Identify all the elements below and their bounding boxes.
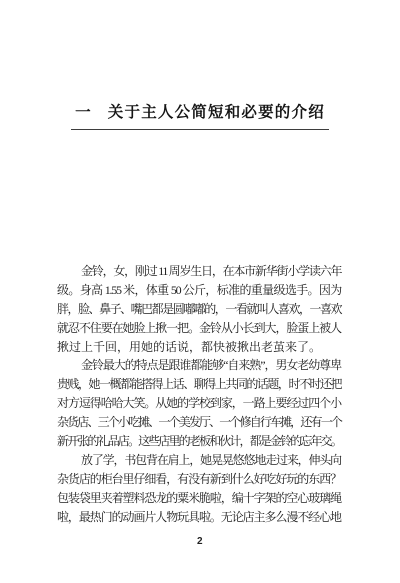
- text-line: 杂货店、三个小吃摊、一个美发厅、一个修自行车摊，还有一个: [57, 413, 341, 432]
- paragraph: 金铃，女，刚过 11 周岁生日，在本市新华街小学读六年级。身高 1.55 米，体…: [57, 262, 341, 356]
- text-line: 对方逗得哈哈大笑。从她的学校到家，一路上要经过四个小: [57, 394, 341, 413]
- chapter-number: 一: [75, 104, 92, 121]
- chapter-title-underline: 一关于主人公简短和必要的介绍: [71, 102, 329, 130]
- text-line: 包装袋里夹着塑料恐龙的粟米脆啦，编十字架的空心玻璃绳: [57, 489, 341, 508]
- text-line: 杂货店的柜台里仔细看，有没有新到什么好吃好玩的东西？: [57, 470, 341, 489]
- text-line: 放了学，书包背在肩上，她晃晃悠悠地走过来，伸头向: [57, 451, 341, 470]
- page-number: 2: [0, 536, 400, 548]
- chapter-title-text: 关于主人公简短和必要的介绍: [108, 104, 325, 121]
- body-text: 金铃，女，刚过 11 周岁生日，在本市新华街小学读六年级。身高 1.55 米，体…: [57, 262, 341, 526]
- text-line: 贵贱，她一概都能搭得上话、聊得上共同的话题，时不时还把: [57, 375, 341, 394]
- chapter-header: 一关于主人公简短和必要的介绍: [0, 102, 400, 130]
- text-line: 揪过上千回，用她的话说，都快被揪出老茧来了。: [57, 338, 341, 357]
- text-line: 胖，脸、鼻子、嘴巴都是圆嘟嘟的，一看就叫人喜欢，一喜欢: [57, 300, 341, 319]
- text-line: 就忍不住要在她脸上揪一把。金铃从小长到大，脸蛋上被人: [57, 319, 341, 338]
- paragraph: 放了学，书包背在肩上，她晃晃悠悠地走过来，伸头向杂货店的柜台里仔细看，有没有新到…: [57, 451, 341, 527]
- text-line: 新开张的礼品店。这些店里的老板和伙计，都是金铃的忘年交。: [57, 432, 341, 451]
- book-page: 一关于主人公简短和必要的介绍 金铃，女，刚过 11 周岁生日，在本市新华街小学读…: [0, 0, 400, 583]
- text-line: 金铃，女，刚过 11 周岁生日，在本市新华街小学读六年: [57, 262, 341, 281]
- text-line: 金铃最大的特点是跟谁都能够“自来熟”，男女老幼尊卑: [57, 356, 341, 375]
- text-line: 级。身高 1.55 米，体重 50 公斤，标准的重量级选手。因为: [57, 281, 341, 300]
- paragraph: 金铃最大的特点是跟谁都能够“自来熟”，男女老幼尊卑贵贱，她一概都能搭得上话、聊得…: [57, 356, 341, 450]
- text-line: 啦，最热门的动画片人物玩具啦。无论店主多么漫不经心地: [57, 508, 341, 527]
- chapter-title: 一关于主人公简短和必要的介绍: [75, 102, 325, 123]
